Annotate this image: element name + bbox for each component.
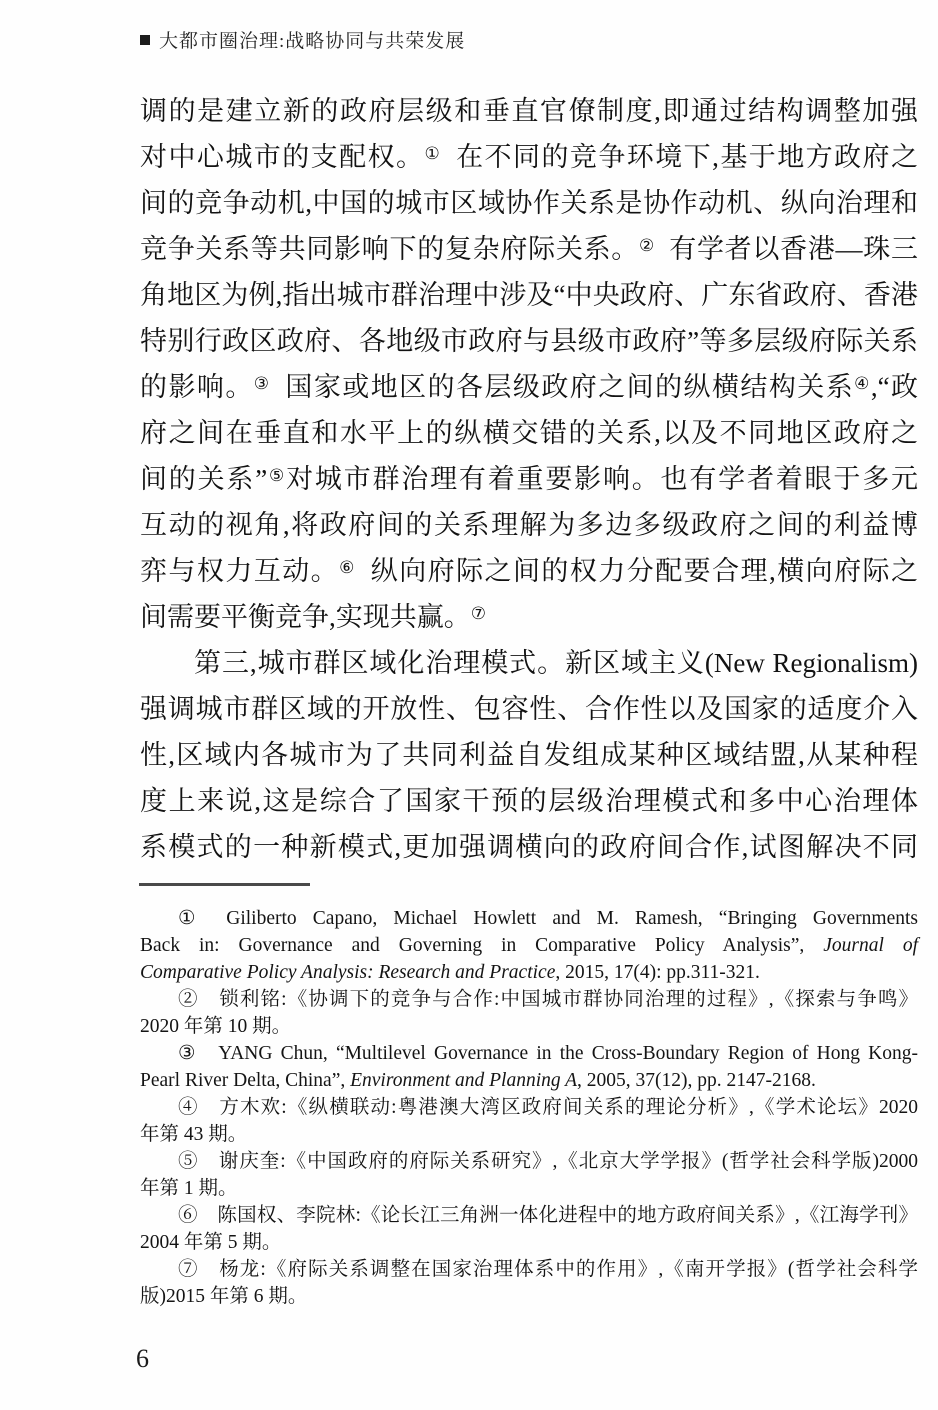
text-segment: 间的关系” [140, 464, 267, 494]
text-segment: 第三,城市群区域化治理模式。新区域主义(New Regionalism) [194, 648, 918, 678]
text-segment: 国家或地区的各层级政府之间的纵横结构关系 [270, 372, 854, 402]
text-segment: ③ YANG Chun, “Multilevel Governance in t… [178, 1043, 918, 1064]
text-segment: 间需要平衡竞争,实现共赢。 [140, 602, 471, 632]
body-text-line: 弈与权力互动。⑥ 纵向府际之间的权力分配要合理,横向府际之 [140, 548, 918, 594]
footnote-ref-marker: ⑦ [471, 604, 486, 623]
body-text-line: 性,区域内各城市为了共同利益自发组成某种区域结盟,从某种程 [140, 732, 918, 778]
book-page: 大都市圈治理:战略协同与共荣发展 调的是建立新的政府层级和垂直官僚制度,即通过结… [0, 0, 938, 1410]
text-segment: ,“政 [871, 372, 918, 402]
text-segment: ② 锁利铭:《协调下的竞争与合作:中国城市群协同治理的过程》,《探索与争鸣》 [178, 989, 918, 1010]
journal-title-italic: Environment and Planning A [350, 1070, 577, 1091]
footnote-ref-marker: ③ [254, 374, 271, 393]
text-segment: 对中心城市的支配权。 [140, 142, 424, 172]
text-segment: , 2005, 37(12), pp. 2147-2168. [577, 1070, 816, 1091]
footnotes-block: ① Giliberto Capano, Michael Howlett and … [140, 905, 918, 1310]
footnote-ref-marker: ⑥ [339, 558, 356, 577]
body-text-line: 强调城市群区域的开放性、包容性、合作性以及国家的适度介入 [140, 686, 918, 732]
text-segment: Back in: Governance and Governing in Com… [140, 935, 823, 956]
journal-title-italic: Comparative Policy Analysis: Research an… [140, 962, 555, 983]
body-text-line: 间的竞争动机,中国的城市区域协作关系是协作动机、纵向治理和 [140, 180, 918, 226]
body-text-line: 角地区为例,指出城市群治理中涉及“中央政府、广东省政府、香港 [140, 272, 918, 318]
body-text-line: 特别行政区政府、各地级市政府与县级市政府”等多层级府际关系 [140, 318, 918, 364]
text-segment: 纵向府际之间的权力分配要合理,横向府际之 [356, 556, 918, 586]
footnote-line: 年第 43 期。 [140, 1121, 918, 1148]
page-number: 6 [136, 1344, 149, 1374]
footnote-line: 年第 1 期。 [140, 1175, 918, 1202]
text-segment: 互动的视角,将政府间的关系理解为多边多级政府之间的利益博 [140, 510, 918, 540]
footnote-line: ② 锁利铭:《协调下的竞争与合作:中国城市群协同治理的过程》,《探索与争鸣》 [140, 986, 918, 1013]
running-header: 大都市圈治理:战略协同与共荣发展 [140, 26, 465, 53]
footnote-line: Pearl River Delta, China”, Environment a… [140, 1067, 918, 1094]
text-segment: 在不同的竞争环境下,基于地方政府之 [441, 142, 918, 172]
text-segment: ⑦ 杨龙:《府际关系调整在国家治理体系中的作用》,《南开学报》(哲学社会科学 [178, 1259, 918, 1280]
body-text-line: 府之间在垂直和水平上的纵横交错的关系,以及不同地区政府之 [140, 410, 918, 456]
body-text-line: 间的关系”⑤对城市群治理有着重要影响。也有学者着眼于多元 [140, 456, 918, 502]
square-bullet-icon [140, 35, 150, 45]
text-segment: 性,区域内各城市为了共同利益自发组成某种区域结盟,从某种程 [140, 740, 918, 770]
body-text-block: 调的是建立新的政府层级和垂直官僚制度,即通过结构调整加强对中心城市的支配权。① … [140, 88, 918, 870]
body-text-line: 第三,城市群区域化治理模式。新区域主义(New Regionalism) [140, 640, 918, 686]
footnote-ref-marker: ④ [854, 374, 871, 393]
text-segment: 间的竞争动机,中国的城市区域协作关系是协作动机、纵向治理和 [140, 188, 918, 218]
text-segment: 2020 年第 10 期。 [140, 1016, 291, 1037]
text-segment: 2004 年第 5 期。 [140, 1232, 281, 1253]
text-segment: 弈与权力互动。 [140, 556, 339, 586]
footnote-ref-marker: ① [424, 144, 441, 163]
text-segment: 有学者以香港—珠三 [655, 234, 918, 264]
footnote-line: ⑤ 谢庆奎:《中国政府的府际关系研究》,《北京大学学报》(哲学社会科学版)200… [140, 1148, 918, 1175]
text-segment: 强调城市群区域的开放性、包容性、合作性以及国家的适度介入 [140, 694, 918, 724]
text-segment: 的影响。 [140, 372, 254, 402]
text-segment: 年第 43 期。 [140, 1124, 247, 1145]
text-segment: 角地区为例,指出城市群治理中涉及“中央政府、广东省政府、香港 [140, 280, 918, 310]
footnote-line: 版)2015 年第 6 期。 [140, 1283, 918, 1310]
body-text-line: 竞争关系等共同影响下的复杂府际关系。② 有学者以香港—珠三 [140, 226, 918, 272]
footnote-line: Back in: Governance and Governing in Com… [140, 932, 918, 959]
footnote-ref-marker: ② [639, 236, 655, 255]
text-segment: , 2015, 17(4): pp.311-321. [555, 962, 760, 983]
footnote-line: ③ YANG Chun, “Multilevel Governance in t… [140, 1040, 918, 1067]
text-segment: ④ 方木欢:《纵横联动:粤港澳大湾区政府间关系的理论分析》,《学术论坛》2020 [178, 1097, 918, 1118]
footnote-line: 2020 年第 10 期。 [140, 1013, 918, 1040]
footnote-line: ① Giliberto Capano, Michael Howlett and … [140, 905, 918, 932]
footnote-line: ⑥ 陈国权、李院林:《论长江三角洲一体化进程中的地方政府间关系》,《江海学刊》 [140, 1202, 918, 1229]
body-text-line: 调的是建立新的政府层级和垂直官僚制度,即通过结构调整加强 [140, 88, 918, 134]
text-segment: 度上来说,这是综合了国家干预的层级治理模式和多中心治理体 [140, 786, 918, 816]
footnote-line: ④ 方木欢:《纵横联动:粤港澳大湾区政府间关系的理论分析》,《学术论坛》2020 [140, 1094, 918, 1121]
body-text-line: 系模式的一种新模式,更加强调横向的政府间合作,试图解决不同 [140, 824, 918, 870]
running-header-title: 大都市圈治理:战略协同与共荣发展 [159, 26, 465, 53]
body-text-line: 对中心城市的支配权。① 在不同的竞争环境下,基于地方政府之 [140, 134, 918, 180]
text-segment: Pearl River Delta, China”, [140, 1070, 350, 1091]
body-text-line: 间需要平衡竞争,实现共赢。⑦ [140, 594, 918, 640]
footnote-line: Comparative Policy Analysis: Research an… [140, 959, 918, 986]
text-segment: 竞争关系等共同影响下的复杂府际关系。 [140, 234, 639, 264]
body-text-line: 的影响。③ 国家或地区的各层级政府之间的纵横结构关系④,“政 [140, 364, 918, 410]
footnote-separator-rule [139, 883, 310, 886]
text-segment: 对城市群治理有着重要影响。也有学者着眼于多元 [286, 464, 918, 494]
text-segment: 调的是建立新的政府层级和垂直官僚制度,即通过结构调整加强 [140, 96, 918, 126]
footnote-line: 2004 年第 5 期。 [140, 1229, 918, 1256]
journal-title-italic: Journal of [823, 935, 918, 956]
text-segment: 府之间在垂直和水平上的纵横交错的关系,以及不同地区政府之 [140, 418, 918, 448]
text-segment: 年第 1 期。 [140, 1178, 238, 1199]
text-segment: 版)2015 年第 6 期。 [140, 1286, 307, 1307]
text-segment: 特别行政区政府、各地级市政府与县级市政府”等多层级府际关系 [140, 326, 918, 356]
text-segment: ⑤ 谢庆奎:《中国政府的府际关系研究》,《北京大学学报》(哲学社会科学版)200… [178, 1151, 918, 1172]
text-segment: 系模式的一种新模式,更加强调横向的政府间合作,试图解决不同 [140, 832, 918, 862]
text-segment: ⑥ 陈国权、李院林:《论长江三角洲一体化进程中的地方政府间关系》,《江海学刊》 [178, 1205, 918, 1226]
body-text-line: 互动的视角,将政府间的关系理解为多边多级政府之间的利益博 [140, 502, 918, 548]
footnote-line: ⑦ 杨龙:《府际关系调整在国家治理体系中的作用》,《南开学报》(哲学社会科学 [140, 1256, 918, 1283]
body-text-line: 度上来说,这是综合了国家干预的层级治理模式和多中心治理体 [140, 778, 918, 824]
footnote-ref-marker: ⑤ [267, 466, 286, 485]
text-segment: ① Giliberto Capano, Michael Howlett and … [178, 908, 918, 929]
